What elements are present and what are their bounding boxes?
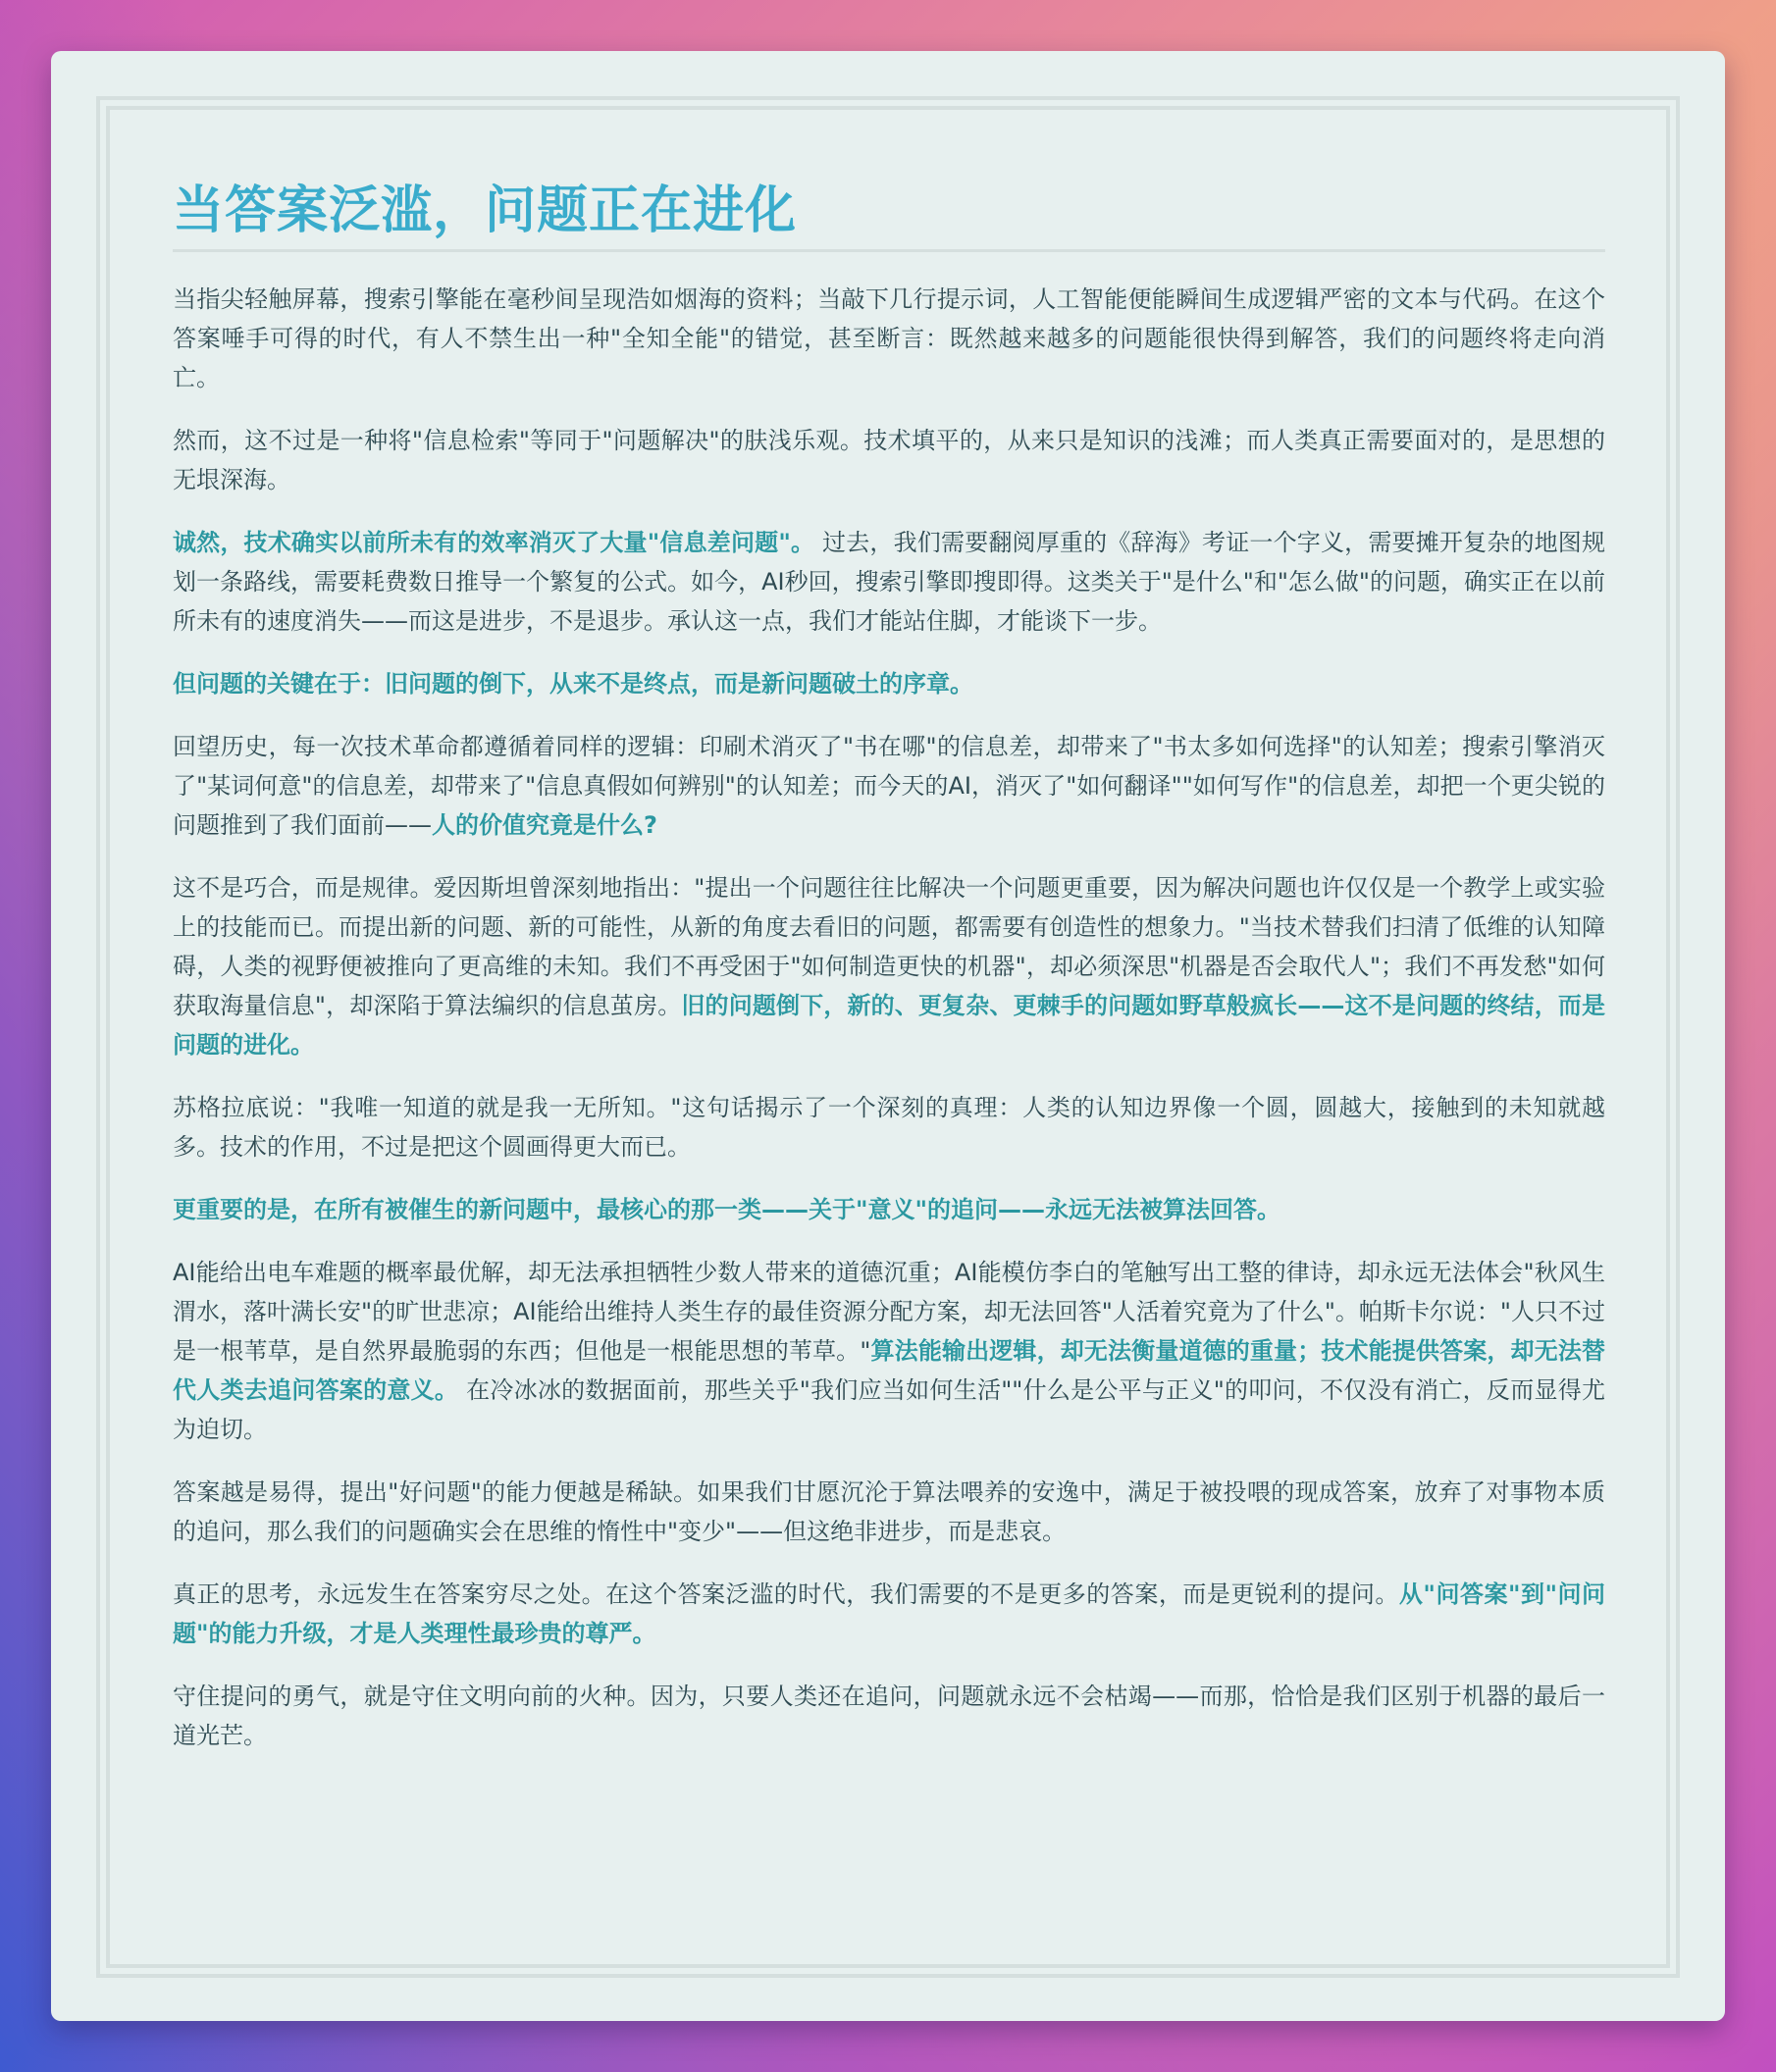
- article-content: 当答案泛滥，问题正在进化 当指尖轻触屏幕，搜索引擎能在毫秒间呈现浩如烟海的资料；…: [173, 177, 1605, 1755]
- highlight-text: 人的价值究竟是什么?: [432, 811, 657, 839]
- paragraph-8: 更重要的是，在所有被催生的新问题中，最核心的那一类——关于"意义"的追问——永远…: [173, 1190, 1605, 1229]
- paragraph-12: 守住提问的勇气，就是守住文明向前的火种。因为，只要人类还在追问，问题就永远不会枯…: [173, 1677, 1605, 1755]
- paragraph-2: 然而，这不过是一种将"信息检索"等同于"问题解决"的肤浅乐观。技术填平的，从来只…: [173, 421, 1605, 499]
- article-title: 当答案泛滥，问题正在进化: [173, 177, 1605, 252]
- paragraph-1: 当指尖轻触屏幕，搜索引擎能在毫秒间呈现浩如烟海的资料；当敲下几行提示词，人工智能…: [173, 280, 1605, 397]
- highlight-text: 诚然，技术确实以前所未有的效率消灭了大量"信息差问题"。: [173, 529, 814, 556]
- paragraph-text: 苏格拉底说："我唯一知道的就是我一无所知。"这句话揭示了一个深刻的真理：人类的认…: [173, 1094, 1605, 1161]
- paragraph-text: 当指尖轻触屏幕，搜索引擎能在毫秒间呈现浩如烟海的资料；当敲下几行提示词，人工智能…: [173, 285, 1605, 391]
- highlight-text: 更重要的是，在所有被催生的新问题中，最核心的那一类——关于"意义"的追问——永远…: [173, 1196, 1280, 1223]
- paragraph-6: 这不是巧合，而是规律。爱因斯坦曾深刻地指出："提出一个问题往往比解决一个问题更重…: [173, 868, 1605, 1064]
- paragraph-text: 然而，这不过是一种将"信息检索"等同于"问题解决"的肤浅乐观。技术填平的，从来只…: [173, 427, 1605, 493]
- paragraph-10: 答案越是易得，提出"好问题"的能力便越是稀缺。如果我们甘愿沉沦于算法喂养的安逸中…: [173, 1473, 1605, 1551]
- paragraph-4: 但问题的关键在于：旧问题的倒下，从来不是终点，而是新问题破土的序章。: [173, 664, 1605, 703]
- paragraph-text: 答案越是易得，提出"好问题"的能力便越是稀缺。如果我们甘愿沉沦于算法喂养的安逸中…: [173, 1478, 1605, 1545]
- paragraph-11: 真正的思考，永远发生在答案穷尽之处。在这个答案泛滥的时代，我们需要的不是更多的答…: [173, 1575, 1605, 1653]
- article-card: 当答案泛滥，问题正在进化 当指尖轻触屏幕，搜索引擎能在毫秒间呈现浩如烟海的资料；…: [51, 51, 1725, 2021]
- paragraph-text: 回望历史，每一次技术革命都遵循着同样的逻辑：印刷术消灭了"书在哪"的信息差，却带…: [173, 733, 1605, 839]
- paragraph-5: 回望历史，每一次技术革命都遵循着同样的逻辑：印刷术消灭了"书在哪"的信息差，却带…: [173, 727, 1605, 845]
- paragraph-3: 诚然，技术确实以前所未有的效率消灭了大量"信息差问题"。 过去，我们需要翻阅厚重…: [173, 523, 1605, 641]
- paragraph-text: 守住提问的勇气，就是守住文明向前的火种。因为，只要人类还在追问，问题就永远不会枯…: [173, 1683, 1605, 1749]
- paragraph-text: 真正的思考，永远发生在答案穷尽之处。在这个答案泛滥的时代，我们需要的不是更多的答…: [173, 1580, 1399, 1608]
- paragraph-9: AI能给出电车难题的概率最优解，却无法承担牺牲少数人带来的道德沉重；AI能模仿李…: [173, 1253, 1605, 1449]
- paragraph-7: 苏格拉底说："我唯一知道的就是我一无所知。"这句话揭示了一个深刻的真理：人类的认…: [173, 1088, 1605, 1166]
- highlight-text: 但问题的关键在于：旧问题的倒下，从来不是终点，而是新问题破土的序章。: [173, 670, 973, 698]
